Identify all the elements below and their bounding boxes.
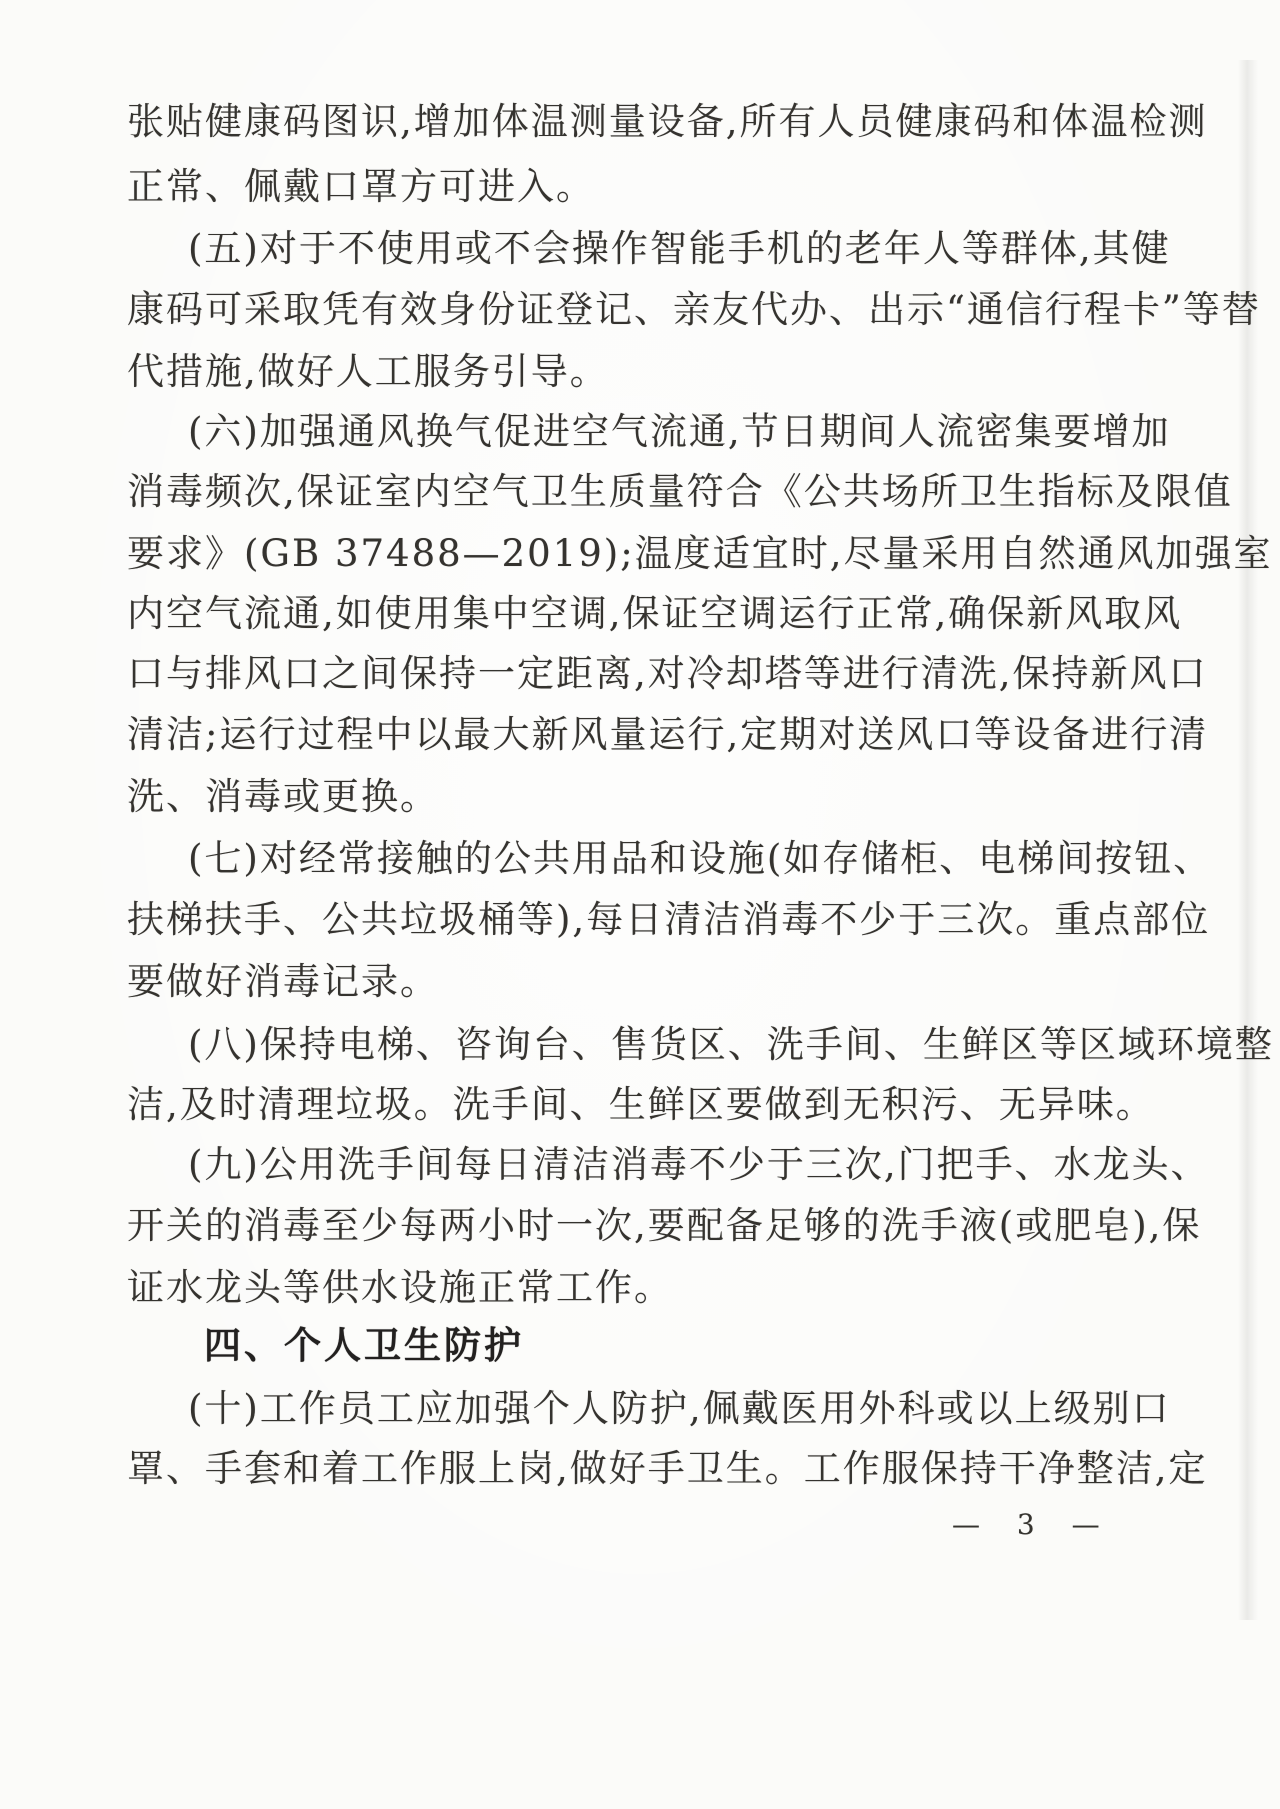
text-line: (五)对于不使用或不会操作智能手机的老年人等群体,其健 [188, 230, 1171, 267]
text-line: 洗、消毒或更换。 [127, 778, 439, 815]
text-line: 内空气流通,如使用集中空调,保证空调运行正常,确保新风取风 [127, 595, 1182, 632]
text-line: 洁,及时清理垃圾。洗手间、生鲜区要做到无积污、无异味。 [127, 1086, 1155, 1123]
text-line: 清洁;运行过程中以最大新风量运行,定期对送风口等设备进行清 [127, 716, 1208, 753]
text-line: (七)对经常接触的公共用品和设施(如存储柜、电梯间按钮、 [188, 840, 1212, 877]
text-line: (十)工作员工应加强个人防护,佩戴医用外科或以上级别口 [188, 1390, 1171, 1427]
text-line: 证水龙头等供水设施正常工作。 [127, 1269, 673, 1306]
text-line: 康码可采取凭有效身份证登记、亲友代办、出示“通信行程卡”等替 [127, 291, 1261, 328]
text-line: (六)加强通风换气促进空气流通,节日期间人流密集要增加 [188, 413, 1171, 450]
page-number: — 3 — [952, 1508, 1114, 1541]
document-page: 张贴健康码图识,增加体温测量设备,所有人员健康码和体温检测 正常、佩戴口罩方可进… [0, 0, 1280, 1809]
text-line: 罩、手套和着工作服上岗,做好手卫生。工作服保持干净整洁,定 [127, 1450, 1208, 1487]
text-line: 要做好消毒记录。 [127, 963, 439, 1000]
text-line: 要求》(GB 37488—2019);温度适宜时,尽量采用自然通风加强室 [127, 535, 1272, 572]
text-line: 代措施,做好人工服务引导。 [127, 353, 609, 390]
text-line: 开关的消毒至少每两小时一次,要配备足够的洗手液(或肥皂),保 [127, 1207, 1201, 1244]
text-line: (九)公用洗手间每日清洁消毒不少于三次,门把手、水龙头、 [188, 1146, 1210, 1183]
text-line: 正常、佩戴口罩方可进入。 [127, 168, 595, 205]
text-line: 消毒频次,保证室内空气卫生质量符合《公共场所卫生指标及限值 [127, 473, 1233, 510]
text-line: 扶梯扶手、公共垃圾桶等),每日清洁消毒不少于三次。重点部位 [127, 901, 1210, 938]
section-heading: 四、个人卫生防护 [204, 1327, 524, 1364]
text-line: (八)保持电梯、咨询台、售货区、洗手间、生鲜区等区域环境整 [188, 1026, 1274, 1063]
text-line: 口与排风口之间保持一定距离,对冷却塔等进行清洗,保持新风口 [127, 655, 1208, 692]
text-line: 张贴健康码图识,增加体温测量设备,所有人员健康码和体温检测 [127, 103, 1208, 140]
